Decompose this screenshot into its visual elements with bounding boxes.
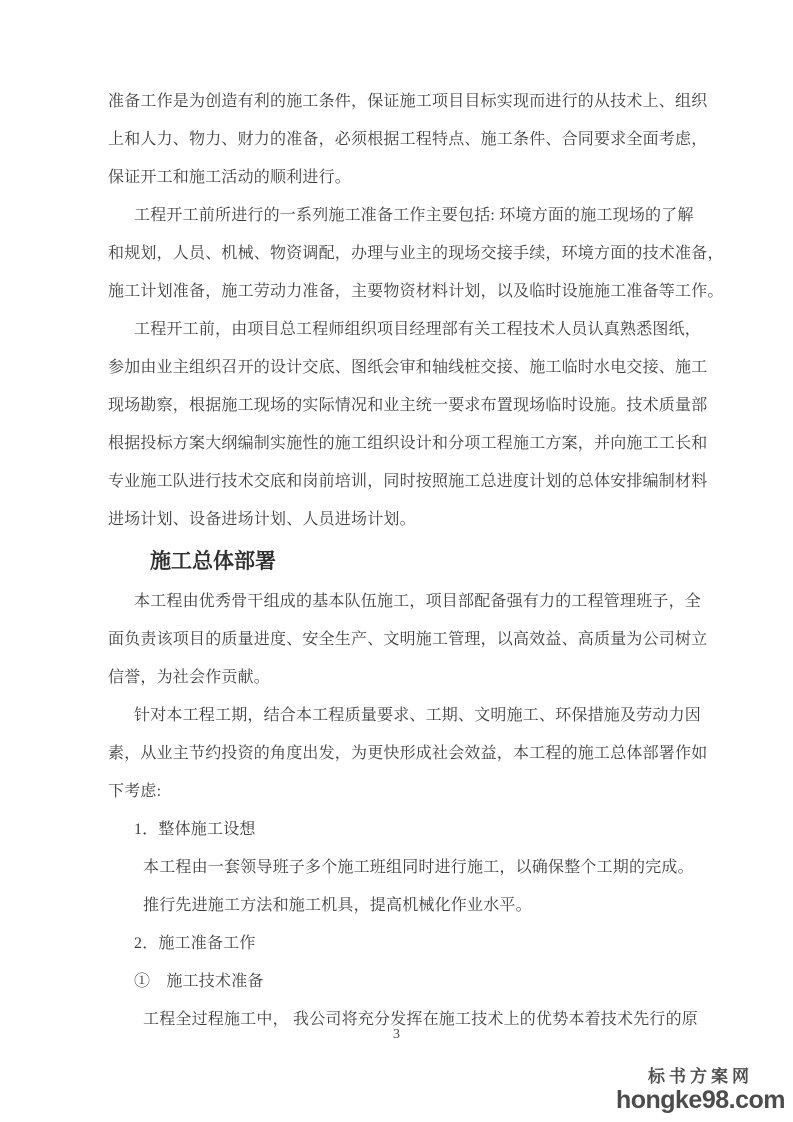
paragraph-line: 信誉，为社会作贡献。 — [108, 659, 720, 697]
document-content: 准备工作是为创造有利的施工条件，保证施工项目目标实现而进行的从技术上、组织 上和… — [108, 83, 720, 1039]
list-item-number-1: 1．整体施工设想 — [108, 811, 720, 849]
paragraph-line: 面负责该项目的质量进度、安全生产、文明施工管理，以高效益、高质量为公司树立 — [108, 621, 720, 659]
paragraph-line: 推行先进施工方法和施工机具，提高机械化作业水平。 — [108, 887, 720, 925]
paragraph-line: 上和人力、物力、财力的准备，必须根据工程特点、施工条件、合同要求全面考虑， — [108, 121, 720, 159]
paragraph-line: 和规划，人员、机械、物资调配，办理与业主的现场交接手续，环境方面的技术准备， — [108, 235, 720, 273]
paragraph-line: 本工程由一套领导班子多个施工班组同时进行施工，以确保整个工期的完成。 — [108, 849, 720, 887]
paragraph-line: 素，从业主节约投资的角度出发，为更快形成社会效益，本工程的施工总体部署作如 — [108, 735, 720, 773]
paragraph-line: 施工计划准备，施工劳动力准备，主要物资材料计划，以及临时设施施工准备等工作。 — [108, 273, 720, 311]
document-page: 准备工作是为创造有利的施工条件，保证施工项目目标实现而进行的从技术上、组织 上和… — [0, 0, 793, 1122]
paragraph-line: 保证开工和施工活动的顺利进行。 — [108, 159, 720, 197]
paragraph-line: 专业施工队进行技术交底和岗前培训，同时按照施工总进度计划的总体安排编制材料 — [108, 463, 720, 501]
watermark: 标书方案网 hongke98.com — [616, 1066, 785, 1113]
paragraph-line: 现场勘察，根据施工现场的实际情况和业主统一要求布置现场临时设施。技术质量部 — [108, 387, 720, 425]
page-number: 3 — [0, 1026, 793, 1044]
paragraph-line: 针对本工程工期，结合本工程质量要求、工期、文明施工、环保措施及劳动力因 — [108, 697, 720, 735]
list-item-number-2: 2．施工准备工作 — [108, 925, 720, 963]
paragraph-line: 准备工作是为创造有利的施工条件，保证施工项目目标实现而进行的从技术上、组织 — [108, 83, 720, 121]
paragraph-line: 进场计划、设备进场计划、人员进场计划。 — [108, 501, 720, 539]
watermark-site-name: 标书方案网 — [616, 1066, 785, 1088]
paragraph-line: 工程开工前所进行的一系列施工准备工作主要包括: 环境方面的施工现场的了解 — [108, 197, 720, 235]
watermark-domain: hongke98.com — [616, 1088, 785, 1113]
paragraph-line: 本工程由优秀骨干组成的基本队伍施工，项目部配备强有力的工程管理班子，全 — [108, 583, 720, 621]
paragraph-line: 根据投标方案大纲编制实施性的施工组织设计和分项工程施工方案，并向施工工长和 — [108, 425, 720, 463]
paragraph-line: 下考虑: — [108, 773, 720, 811]
paragraph-line: 参加由业主组织召开的设计交底、图纸会审和轴线桩交接、施工临时水电交接、施工 — [108, 349, 720, 387]
paragraph-line: 工程开工前，由项目总工程师组织项目经理部有关工程技术人员认真熟悉图纸， — [108, 311, 720, 349]
section-heading: 施工总体部署 — [108, 539, 720, 583]
list-item-circled-1: ① 施工技术准备 — [108, 963, 720, 1001]
